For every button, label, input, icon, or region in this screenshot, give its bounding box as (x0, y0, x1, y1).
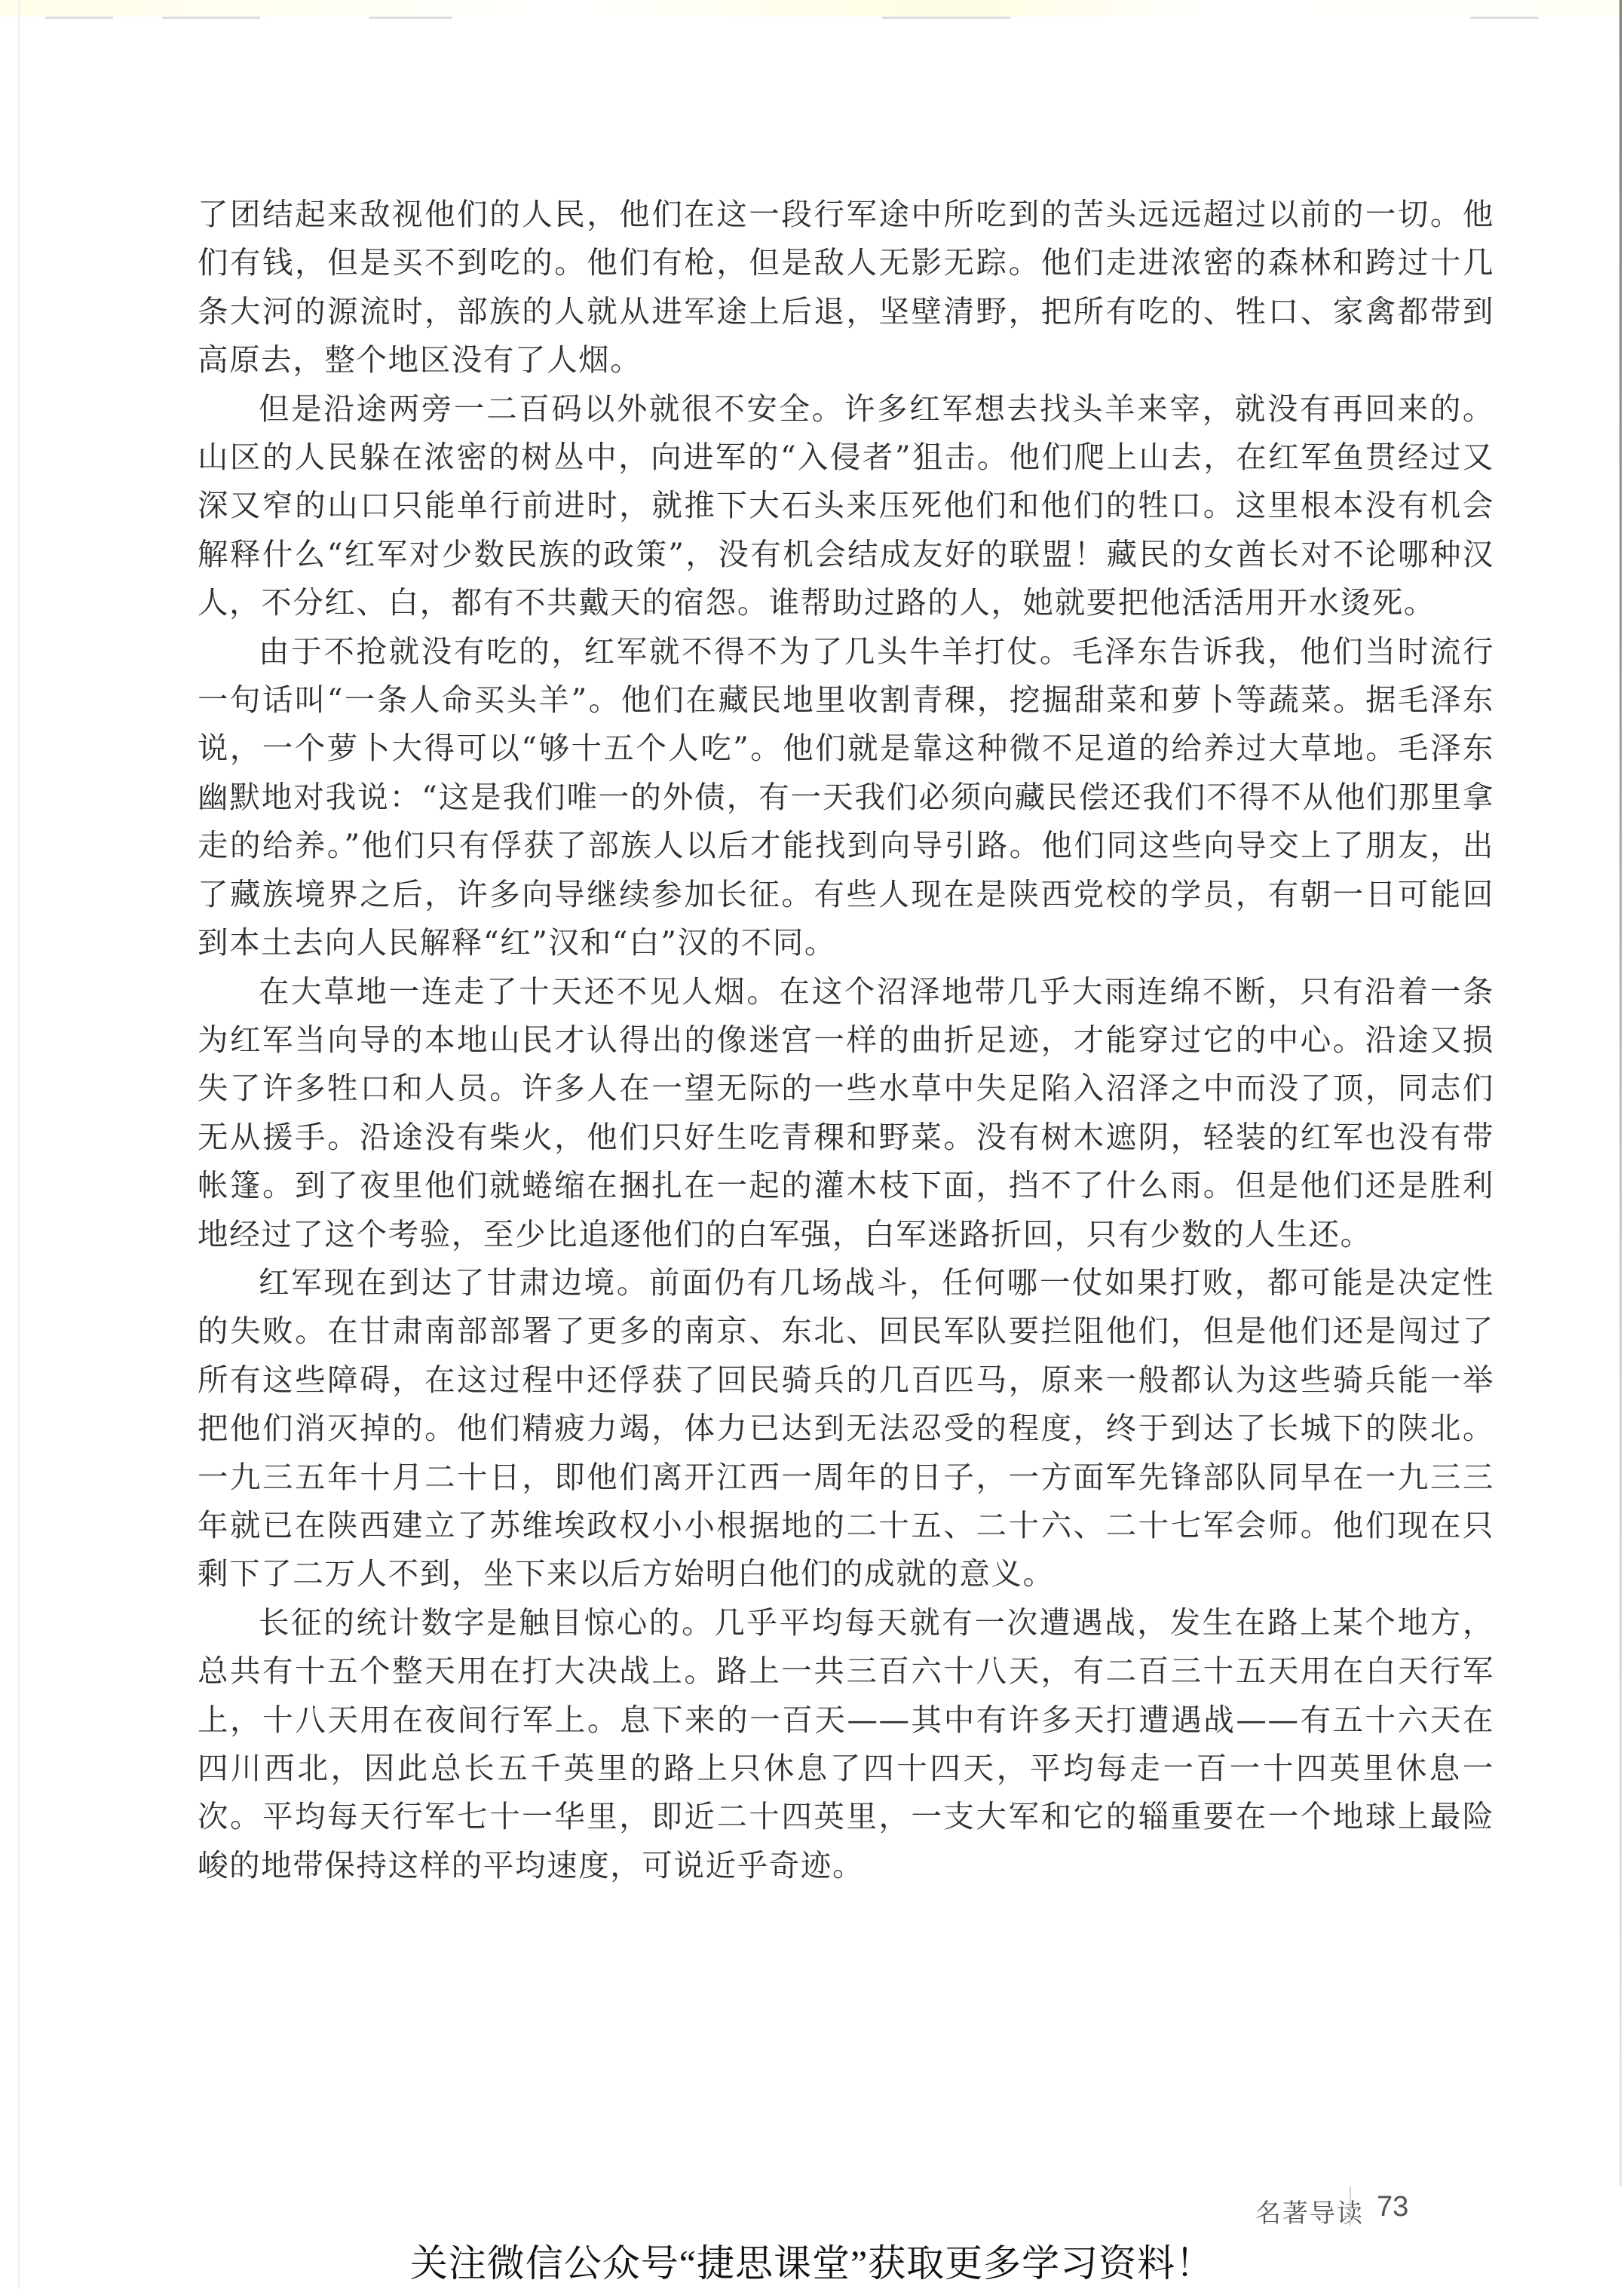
page-number: 73 (1377, 2191, 1408, 2223)
scan-artifact-rule (45, 17, 113, 19)
page-right-edge-shadow (1619, 0, 1622, 2186)
paragraph-2: 但是沿途两旁一二百码以外就很不安全。许多红军想去找头羊来宰，就没有再回来的。山区… (198, 385, 1494, 627)
paragraph-5: 红军现在到达了甘肃边境。前面仍有几场战斗，任何哪一仗如果打败，都可能是决定性的失… (198, 1258, 1494, 1598)
watermark-banner: 关注微信公众号“捷思课堂”获取更多学习资料！ (0, 2233, 1624, 2287)
footer-divider (1350, 2186, 1351, 2226)
paragraph-6: 长征的统计数字是触目惊心的。几乎平均每天就有一次遭遇战，发生在路上某个地方，总共… (198, 1598, 1494, 1889)
running-footer-section: 名著导读 (1255, 2192, 1364, 2229)
scan-artifact-rule (1470, 17, 1538, 19)
paragraph-4: 在大草地一连走了十天还不见人烟。在这个沼泽地带几乎大雨连绵不断，只有沿着一条为红… (198, 967, 1494, 1258)
paragraph-3: 由于不抢就没有吃的，红军就不得不为了几头牛羊打仗。毛泽东告诉我，他们当时流行一句… (198, 627, 1494, 967)
page-left-edge (18, 0, 20, 2289)
scan-artifact-top (0, 0, 1624, 17)
paragraph-1: 了团结起来敌视他们的人民，他们在这一段行军途中所吃到的苦头远远超过以前的一切。他… (198, 190, 1494, 385)
scan-artifact-rule (369, 17, 452, 19)
body-text: 了团结起来敌视他们的人民，他们在这一段行军途中所吃到的苦头远远超过以前的一切。他… (198, 190, 1494, 1889)
scan-artifact-rule (882, 17, 1010, 19)
scan-artifact-rule (162, 17, 260, 19)
